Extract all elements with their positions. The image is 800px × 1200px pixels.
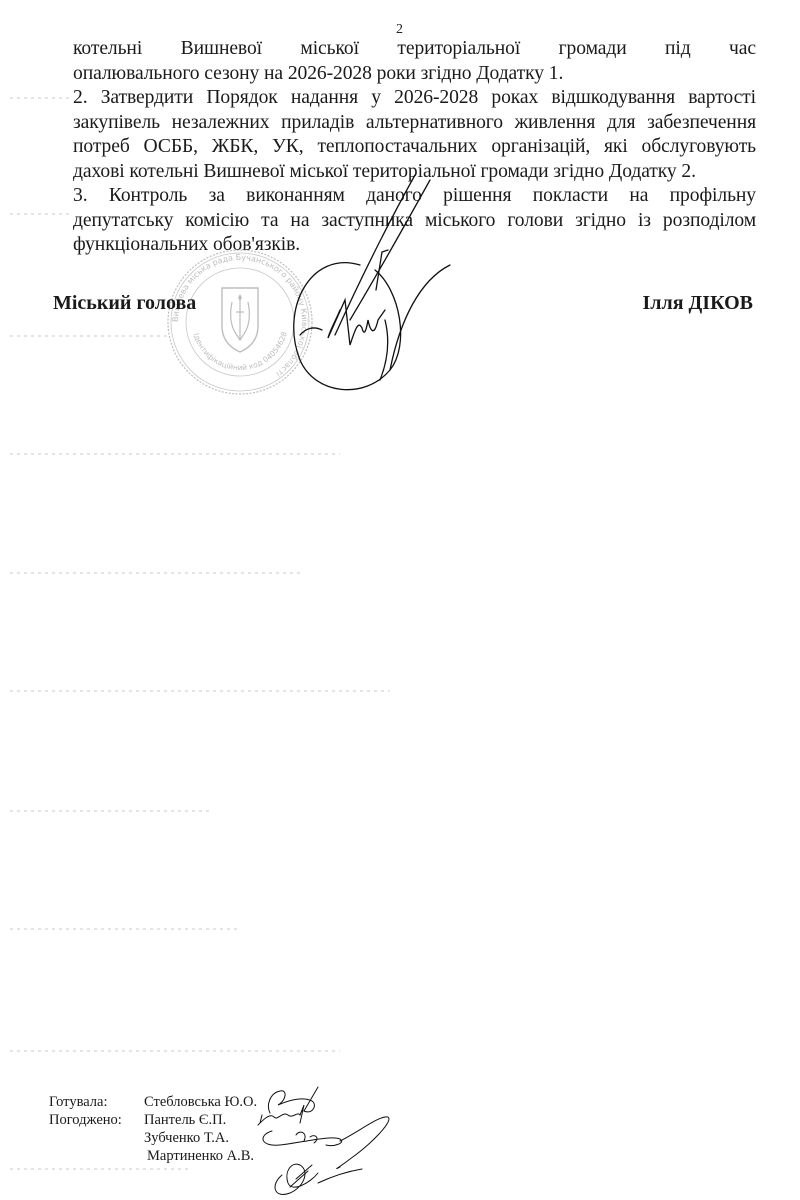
scan-artifact	[10, 213, 70, 215]
scan-artifact	[10, 690, 390, 692]
scan-artifact	[10, 928, 240, 930]
signature-block: Міський голова Ілля ДІКОВ	[53, 292, 753, 332]
signatory-name: Ілля ДІКОВ	[643, 292, 754, 315]
text-line: потреб ОСББ, ЖБК, УК, теплопостачальних …	[73, 135, 756, 160]
scan-artifact	[10, 335, 170, 337]
scan-artifact	[10, 1050, 340, 1052]
prepared-label: Готувала:	[49, 1093, 144, 1111]
agreed-label: Погоджено:	[49, 1111, 144, 1129]
text-line: закупівель незалежних приладів альтернат…	[73, 111, 756, 136]
scan-artifact	[10, 572, 300, 574]
mayor-signature-icon	[240, 170, 480, 410]
scan-artifact	[10, 810, 210, 812]
text-line: котельні Вишневої міської територіальної…	[73, 37, 756, 62]
scan-artifact	[10, 1168, 190, 1170]
text-line: 2. Затвердити Порядок надання у 2026-202…	[73, 86, 756, 111]
signatory-title: Міський голова	[53, 292, 196, 315]
text-line: опалювального сезону на 2026-2028 роки з…	[73, 62, 756, 87]
scan-artifact	[10, 453, 340, 455]
approval-signatures-icon	[200, 1075, 420, 1200]
paragraph-1-continuation: котельні Вишневої міської територіальної…	[73, 37, 756, 86]
scan-artifact	[10, 97, 70, 99]
page-number: 2	[396, 22, 403, 38]
